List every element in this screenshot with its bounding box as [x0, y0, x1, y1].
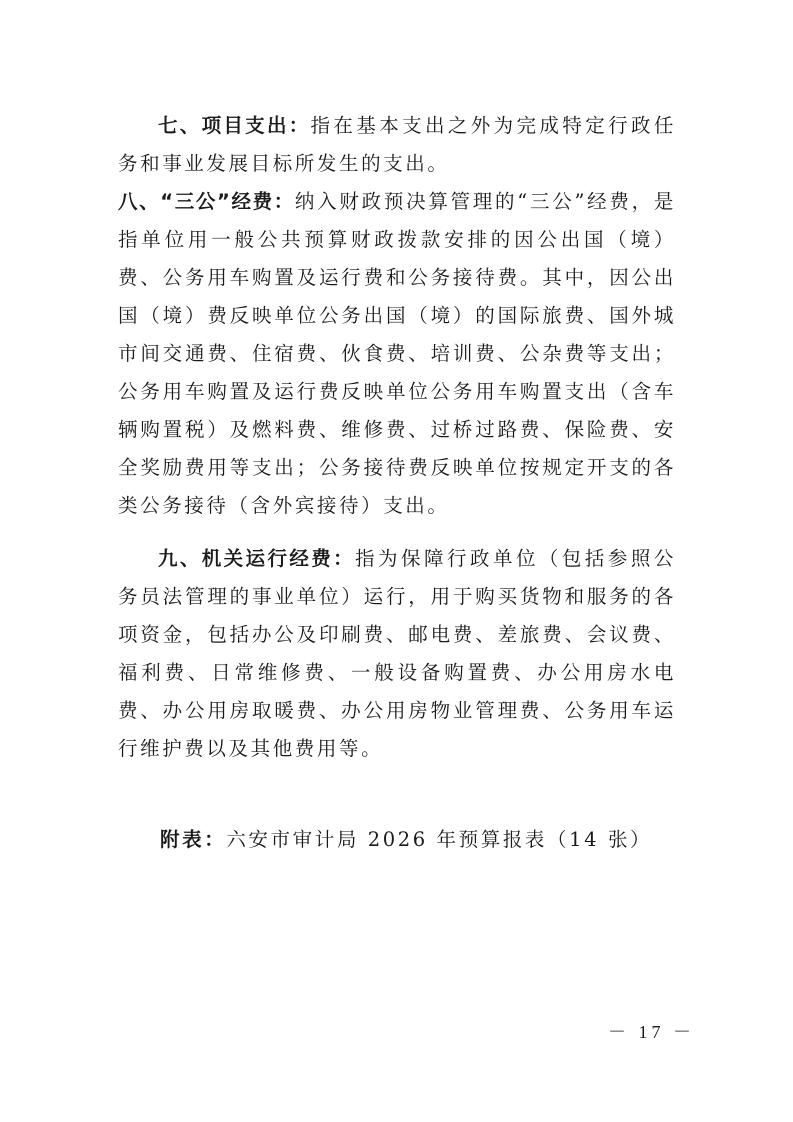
section-heading: 七、项目支出：: [158, 114, 311, 137]
appendix-label: 附表：: [160, 828, 226, 851]
appendix-note: 附表：六安市审计局 2026 年预算报表（14 张）: [160, 821, 652, 859]
section-operating-expenses: 九、机关运行经费：指为保障行政单位（包括参照公务员法管理的事业单位）运行，用于购…: [118, 540, 676, 768]
section-heading: 八、“三公”经费：: [118, 190, 295, 213]
page-number: － 17 －: [608, 1018, 695, 1044]
section-text: 纳入财政预决算管理的“三公”经费，是指单位用一般公共预算财政拨款安排的因公出国（…: [118, 190, 676, 517]
section-three-public-expenses: 八、“三公”经费：纳入财政预决算管理的“三公”经费，是指单位用一般公共预算财政拨…: [118, 183, 676, 525]
section-text: 指为保障行政单位（包括参照公务员法管理的事业单位）运行，用于购买货物和服务的各项…: [118, 547, 676, 760]
section-heading: 九、机关运行经费：: [158, 547, 355, 570]
section-project-expenditure: 七、项目支出：指在基本支出之外为完成特定行政任务和事业发展目标所发生的支出。: [118, 107, 676, 183]
document-body: 七、项目支出：指在基本支出之外为完成特定行政任务和事业发展目标所发生的支出。 八…: [118, 107, 676, 768]
appendix-text: 六安市审计局 2026 年预算报表（14 张）: [226, 828, 652, 851]
